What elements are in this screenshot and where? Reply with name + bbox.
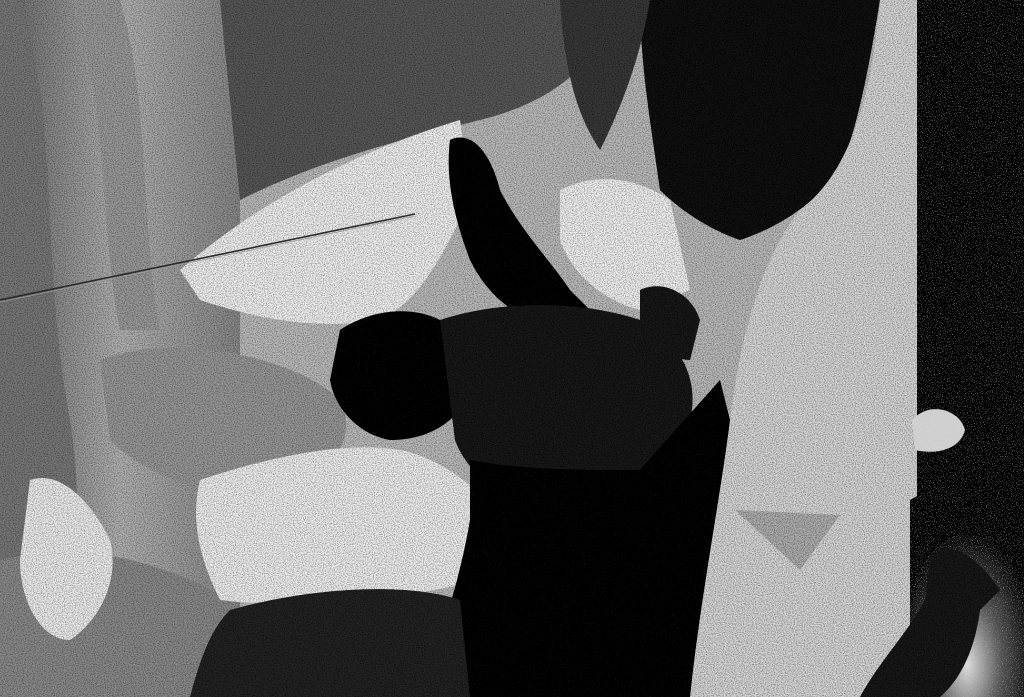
artwork-canvas xyxy=(0,0,1024,697)
artwork-image: High-contrast grainy black-and-white pho… xyxy=(0,0,1024,697)
